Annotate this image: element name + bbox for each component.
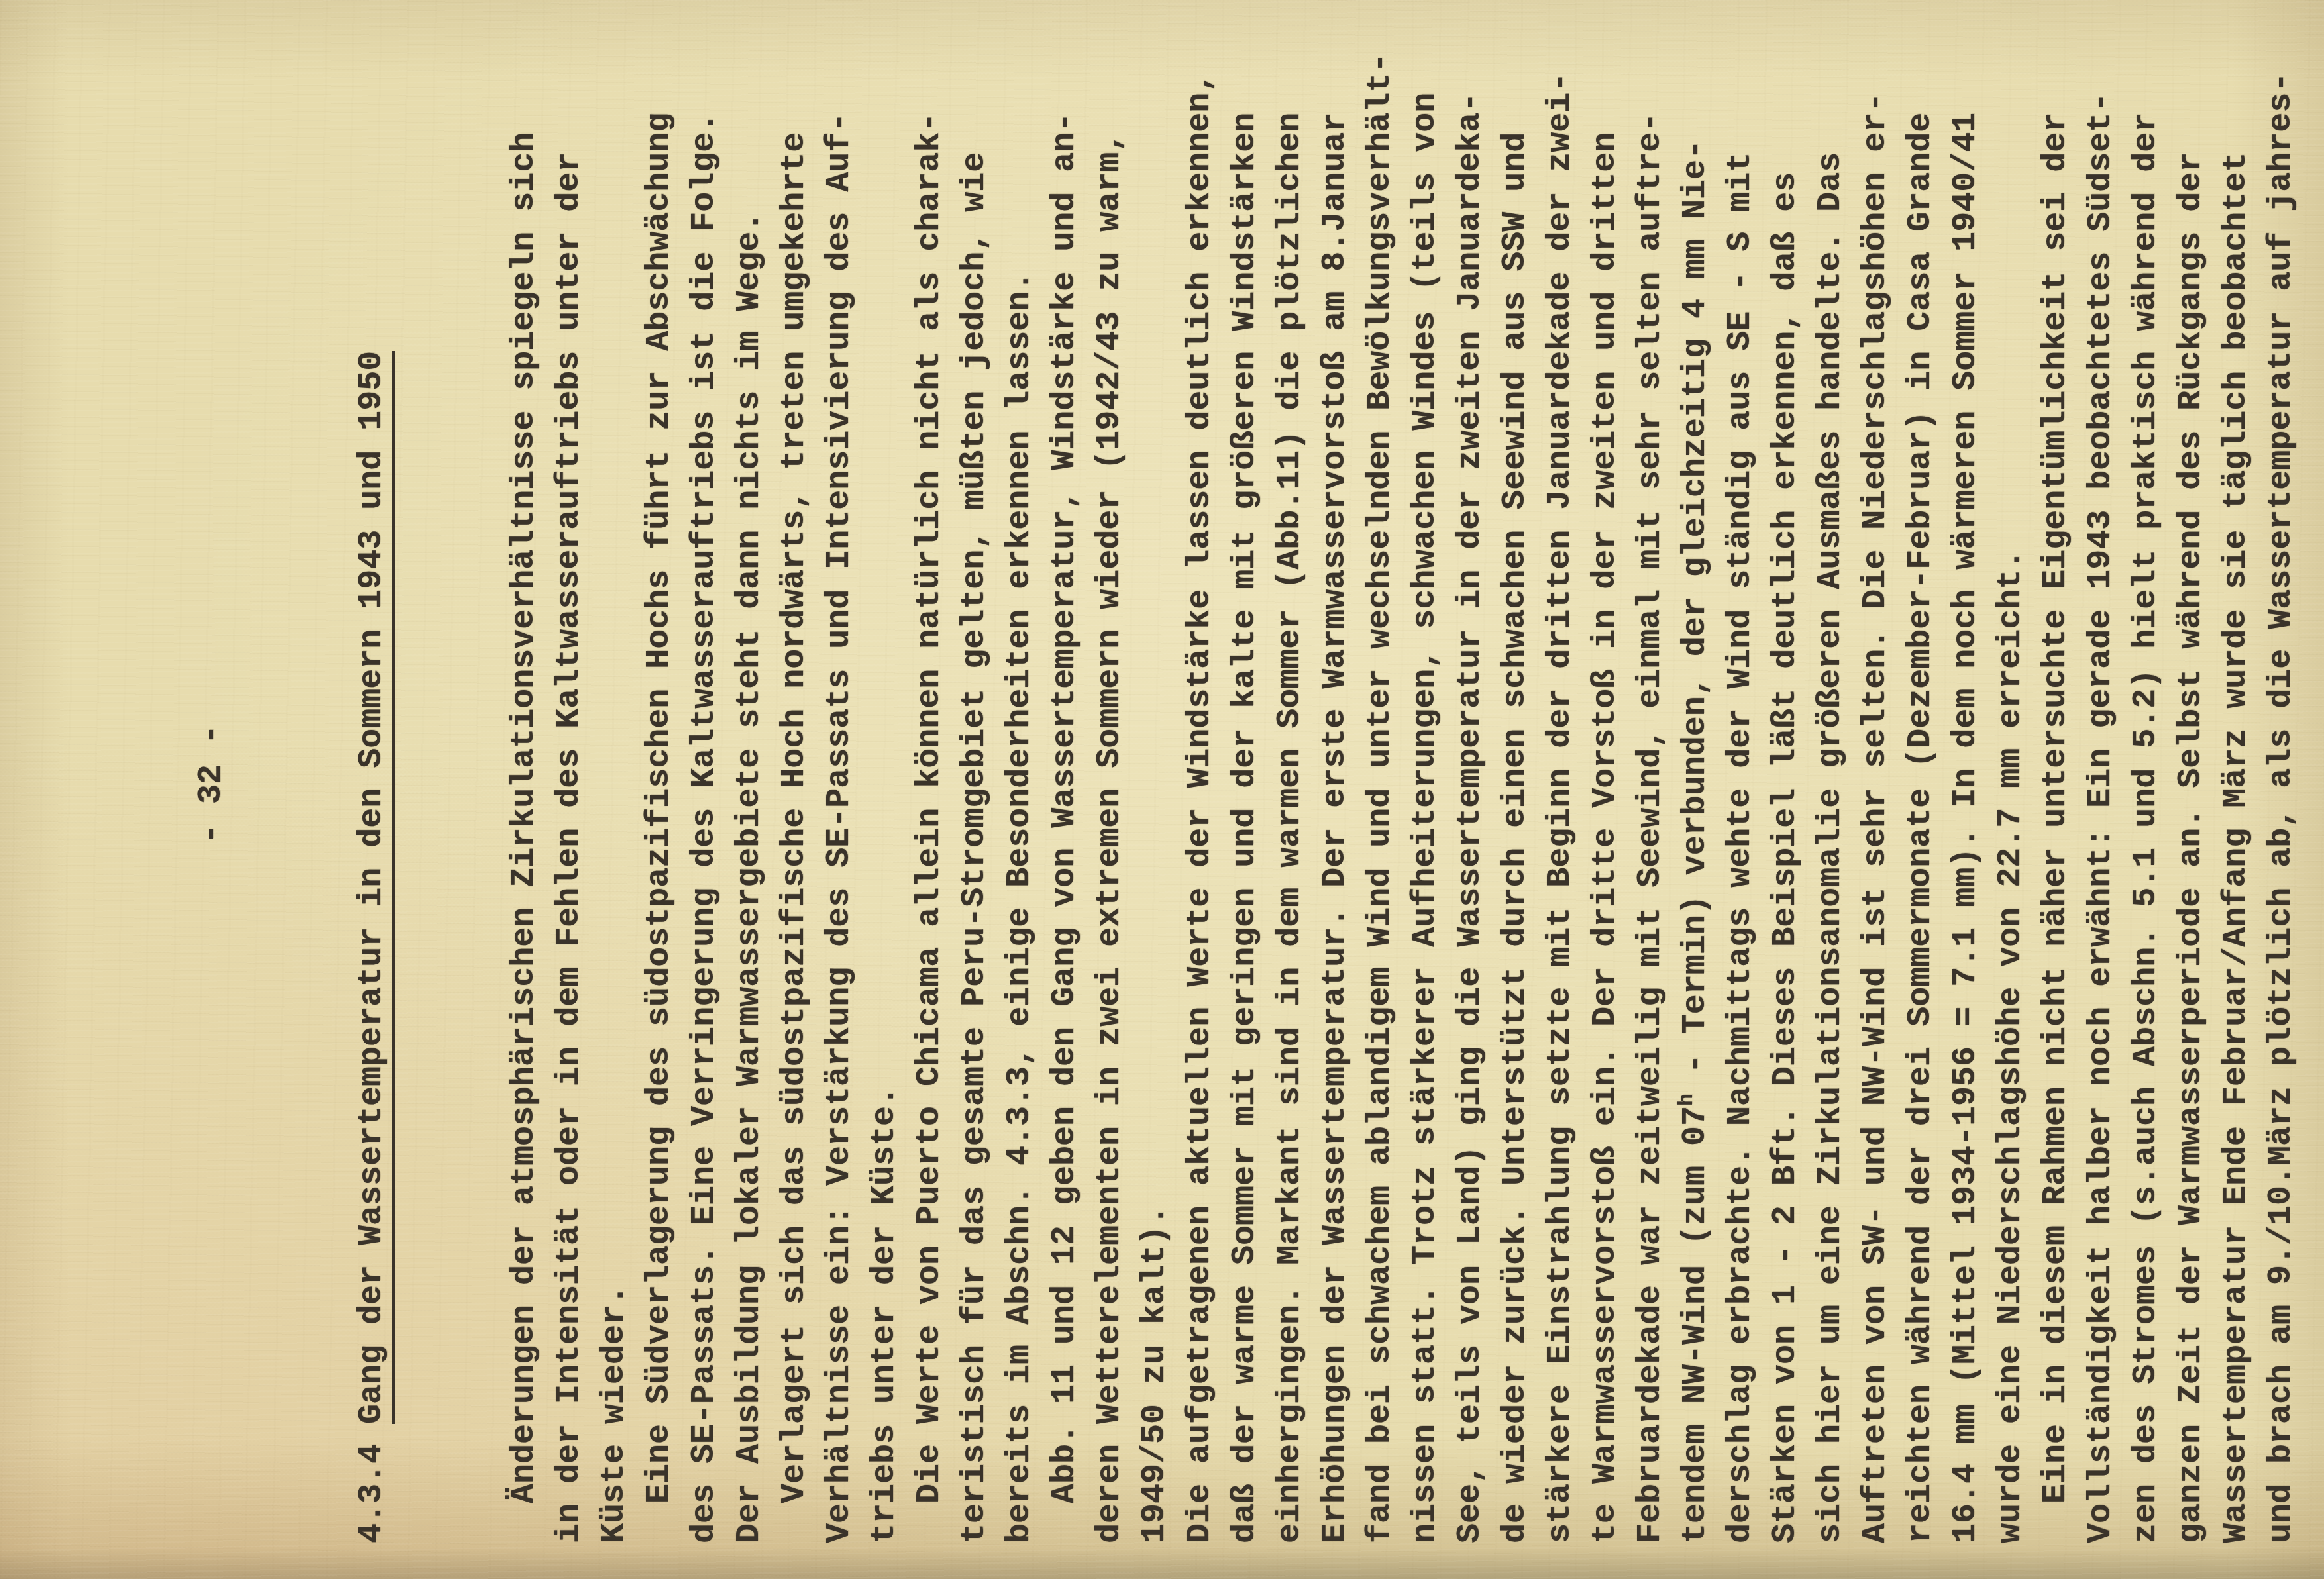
text-line: 1949/50 zu kalt).	[1133, 25, 1178, 1543]
text-line: Die Werte von Puerto Chicama allein könn…	[908, 25, 953, 1543]
text-line: Abb. 11 und 12 geben den Gang von Wasser…	[1043, 25, 1088, 1543]
text-line: reichten während der drei Sommermonate (…	[1899, 25, 1944, 1543]
text-line: triebs unter der Küste.	[863, 25, 908, 1543]
heading-number: 4.3.4	[353, 1424, 391, 1543]
text-line: bereits im Abschn. 4.3.3, einige Besonde…	[998, 25, 1043, 1543]
body-text: Änderungen der atmosphärischen Zirkulati…	[502, 25, 2304, 1543]
text-line: derschlag erbrachte. Nachmittags wehte d…	[1718, 25, 1764, 1543]
text-line: Februardekade war zeitweilig mit Seewind…	[1628, 25, 1673, 1543]
text-line: Änderungen der atmosphärischen Zirkulati…	[502, 25, 547, 1543]
text-line: sich hier um eine Zirkulationsanomalie g…	[1809, 25, 1854, 1543]
page-content: - 32 - 4.3.4 Gang der Wassertemperatur i…	[0, 0, 2324, 1579]
text-line: wurde eine Niederschlagshöhe von 22.7 mm…	[1989, 25, 2034, 1543]
section-heading: 4.3.4 Gang der Wassertemperatur in den S…	[350, 25, 395, 1543]
typewritten-text: - 32 - 4.3.4 Gang der Wassertemperatur i…	[99, 25, 2324, 1543]
text-line: daß der warme Sommer mit geringen und de…	[1223, 25, 1268, 1543]
text-line: deren Wetterelementen in zwei extremen S…	[1088, 25, 1133, 1543]
text-line: te Warmwasservorstoß ein. Der dritte Vor…	[1583, 25, 1628, 1543]
text-line: zen des Stromes (s.auch Abschn. 5.1 und …	[2124, 25, 2169, 1543]
text-line: fand bei schwachem ablandigem Wind und u…	[1358, 25, 1403, 1543]
text-line: Eine in diesem Rahmen nicht näher unters…	[2034, 25, 2079, 1543]
text-line: stärkere Einstrahlung setzte mit Beginn …	[1538, 25, 1583, 1543]
page-number: - 32 -	[189, 25, 235, 1543]
text-line: Auftreten von SW- und NW-Wind ist sehr s…	[1854, 25, 1899, 1543]
scanned-page: - 32 - 4.3.4 Gang der Wassertemperatur i…	[0, 0, 2324, 1579]
text-line: tendem NW-Wind (zum 07h - Termin) verbun…	[1673, 25, 1718, 1543]
text-line: de wieder zurück. Unterstützt durch eine…	[1493, 25, 1538, 1543]
text-line: einhergingen. Markant sind in dem warmen…	[1268, 25, 1313, 1543]
text-line: teristisch für das gesamte Peru-Stromgeb…	[953, 25, 998, 1543]
text-line: Der Ausbildung lokaler Warmwassergebiete…	[727, 25, 772, 1543]
heading-title: Gang der Wassertemperatur in den Sommern…	[353, 351, 395, 1424]
text-line: ganzen Zeit der Warmwasserperiode an. Se…	[2169, 25, 2214, 1543]
text-line: Eine Südverlagerung des südostpazifische…	[637, 25, 682, 1543]
text-line: und brach am 9./10.März plötzlich ab, al…	[2259, 25, 2304, 1543]
text-line: Verhältnisse ein: Verstärkung des SE-Pas…	[818, 25, 863, 1543]
text-line: 16.4 mm (Mittel 1934-1956 = 7.1 mm). In …	[1944, 25, 1989, 1543]
text-line: des SE-Passats. Eine Verringerung des Ka…	[682, 25, 727, 1543]
superscript-hour: h	[1675, 1094, 1699, 1106]
text-line: Küste wieder.	[592, 25, 637, 1543]
text-line: nissen statt. Trotz stärkerer Aufheiteru…	[1403, 25, 1448, 1543]
text-line: in der Intensität oder in dem Fehlen des…	[547, 25, 592, 1543]
text-line: Verlagert sich das südostpazifische Hoch…	[772, 25, 818, 1543]
text-line: Wassertemperatur Ende Februar/Anfang Mär…	[2214, 25, 2259, 1543]
text-line: Die aufgetragenen aktuellen Werte der Wi…	[1178, 25, 1223, 1543]
text-line: See, teils von Land) ging die Wassertemp…	[1448, 25, 1493, 1543]
text-line: Erhöhungen der Wassertemperatur. Der ers…	[1313, 25, 1358, 1543]
text-line: Stärken von 1 - 2 Bft. Dieses Beispiel l…	[1764, 25, 1809, 1543]
text-line: Vollständigkeit halber noch erwähnt: Ein…	[2079, 25, 2124, 1543]
